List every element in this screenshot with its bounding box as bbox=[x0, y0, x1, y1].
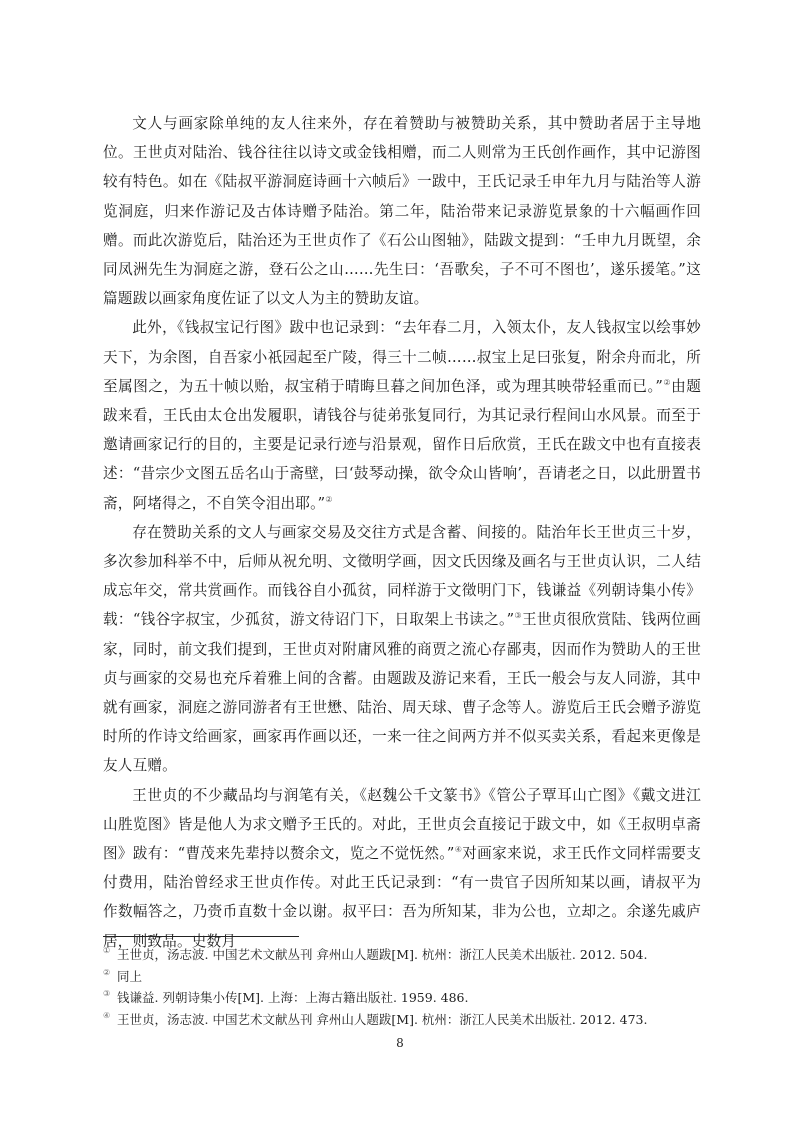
footnote-separator bbox=[103, 936, 299, 937]
page-number: 8 bbox=[0, 1036, 800, 1050]
footnote-4: ④王世贞，汤志波. 中国艺术文献丛刊 弇州山人题跋[M]. 杭州：浙江人民美术出… bbox=[103, 1009, 703, 1031]
paragraph-2: 此外，《钱叔宝记行图》跋中也记录到：“去年春二月，入领太仆，友人钱叔宝以绘事妙天… bbox=[103, 313, 701, 517]
paragraph-text: 此外，《钱叔宝记行图》跋中也记录到：“去年春二月，入领太仆，友人钱叔宝以绘事妙天… bbox=[103, 319, 701, 394]
footnote-mark: ④ bbox=[103, 1009, 117, 1023]
paragraph-3: 存在赞助关系的文人与画家交易及交往方式是含蓄、间接的。陆治年长王世贞三十岁，多次… bbox=[103, 518, 701, 781]
footnote-ref[interactable]: ③ bbox=[514, 612, 522, 621]
footnote-1: ①王世贞，汤志波. 中国艺术文献丛刊 弇州山人题跋[M]. 杭州：浙江人民美术出… bbox=[103, 944, 703, 966]
paragraph-text: 文人与画家除单纯的友人往来外，存在着赞助与被赞助关系，其中赞助者居于主导地位。王… bbox=[103, 115, 701, 307]
footnotes: ①王世贞，汤志波. 中国艺术文献丛刊 弇州山人题跋[M]. 杭州：浙江人民美术出… bbox=[103, 944, 703, 1030]
footnote-text: 同上 bbox=[117, 969, 142, 984]
footnote-ref[interactable]: ② bbox=[325, 495, 332, 504]
body-text: 文人与画家除单纯的友人往来外，存在着赞助与被赞助关系，其中赞助者居于主导地位。王… bbox=[103, 109, 701, 956]
footnote-2: ②同上 bbox=[103, 966, 703, 988]
footnote-mark: ② bbox=[103, 966, 117, 980]
paragraph-1: 文人与画家除单纯的友人往来外，存在着赞助与被赞助关系，其中赞助者居于主导地位。王… bbox=[103, 109, 701, 313]
footnote-3: ③钱谦益. 列朝诗集小传[M]. 上海：上海古籍出版社. 1959. 486. bbox=[103, 987, 703, 1009]
paragraph-text-tail: 王世贞很欣赏陆、钱两位画家，同时，前文我们提到，王世贞对附庸风雅的商贾之流心存鄙… bbox=[103, 611, 701, 774]
footnote-text: 王世贞，汤志波. 中国艺术文献丛刊 弇州山人题跋[M]. 杭州：浙江人民美术出版… bbox=[117, 1012, 647, 1027]
footnote-ref[interactable]: ② bbox=[663, 378, 671, 387]
paragraph-4: 王世贞的不少藏品均与润笔有关，《赵魏公千文篆书》《管公子覃耳山亡图》《戴文进江山… bbox=[103, 781, 701, 956]
paragraph-text-tail: 由题跋来看，王氏由太仓出发履职，请钱谷与徒弟张复同行，为其记录行程间山水风景。而… bbox=[103, 378, 701, 512]
footnote-mark: ③ bbox=[103, 987, 117, 1001]
footnote-text: 钱谦益. 列朝诗集小传[M]. 上海：上海古籍出版社. 1959. 486. bbox=[117, 990, 468, 1005]
footnote-text: 王世贞，汤志波. 中国艺术文献丛刊 弇州山人题跋[M]. 杭州：浙江人民美术出版… bbox=[117, 947, 647, 962]
footnote-mark: ① bbox=[103, 944, 117, 958]
document-page: 文人与画家除单纯的友人往来外，存在着赞助与被赞助关系，其中赞助者居于主导地位。王… bbox=[0, 0, 800, 1132]
